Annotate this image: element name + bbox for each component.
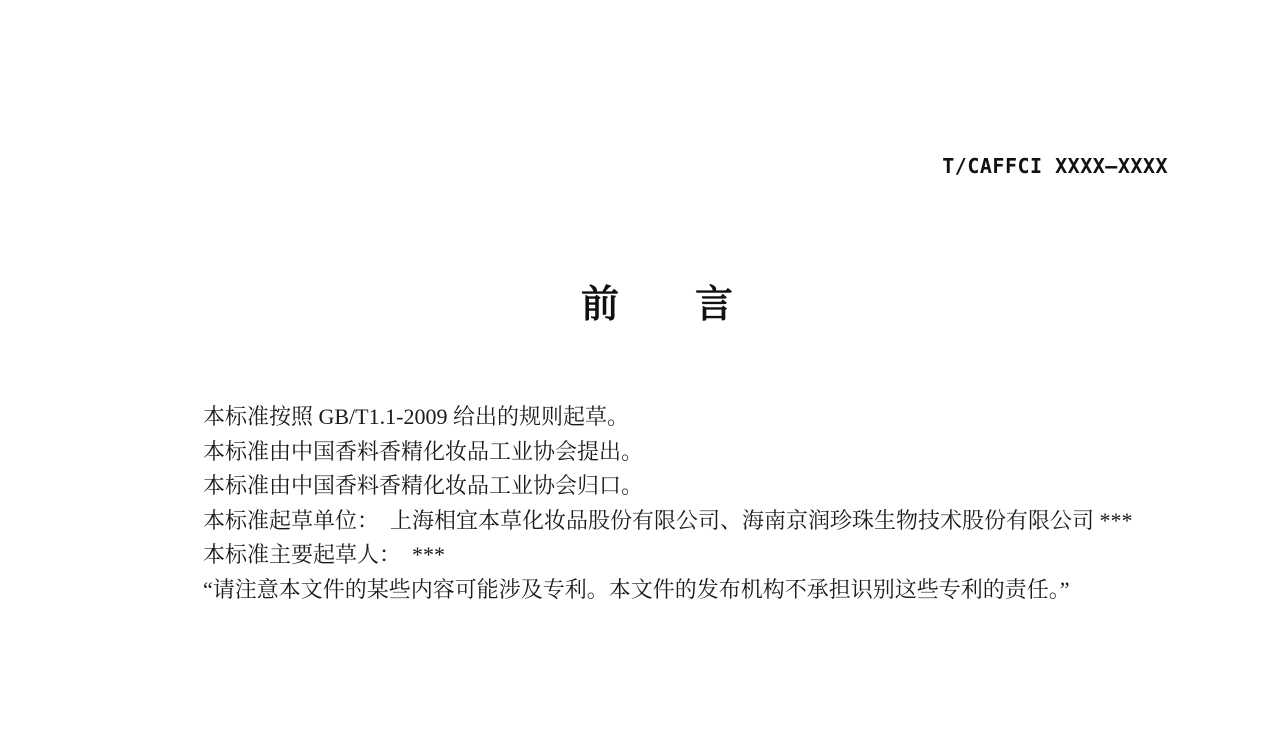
foreword-body: 本标准按照 GB/T1.1-2009 给出的规则起草。 本标准由中国香料香精化妆… [203,400,1203,607]
page-title: 前 言 [17,282,1280,328]
body-line-drafting-organizations: 本标准起草单位： 上海相宜本草化妆品股份有限公司、海南京润珍珠生物技术股份有限公… [203,504,1203,539]
body-line-patent-notice: “请注意本文件的某些内容可能涉及专利。本文件的发布机构不承担识别这些专利的责任。… [203,573,1203,608]
body-line-main-drafters: 本标准主要起草人： *** [203,538,1203,573]
body-line-under-jurisdiction: 本标准由中国香料香精化妆品工业协会归口。 [203,469,1203,504]
doc-number: T/CAFFCI XXXX—XXXX [942,154,1168,178]
body-line-proposed-by: 本标准由中国香料香精化妆品工业协会提出。 [203,435,1203,470]
body-line-drafting-rule: 本标准按照 GB/T1.1-2009 给出的规则起草。 [203,400,1203,435]
document-page: T/CAFFCI XXXX—XXXX 前 言 本标准按照 GB/T1.1-200… [0,0,1280,755]
